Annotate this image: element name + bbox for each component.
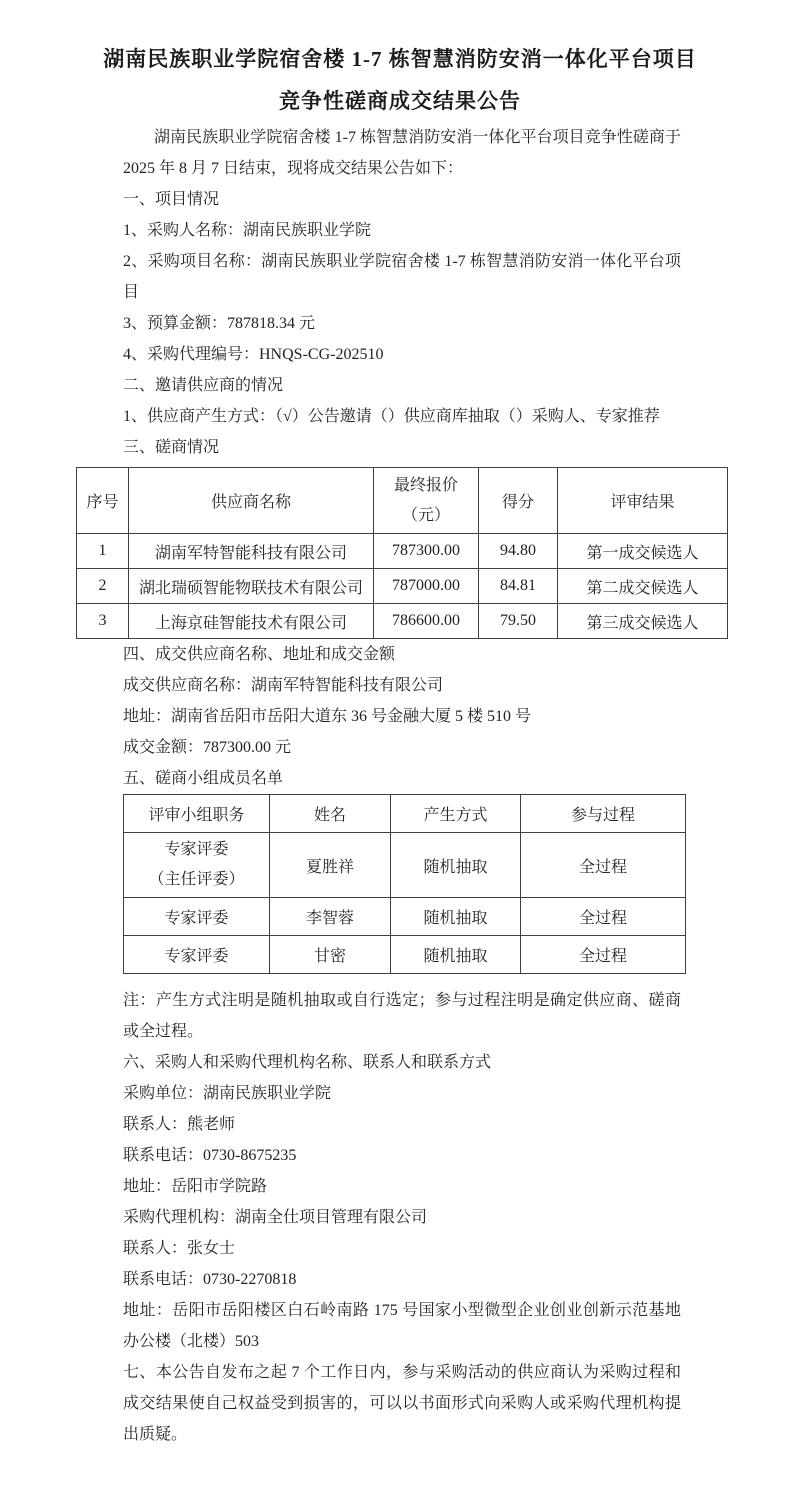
method-cell: 随机抽取	[391, 833, 521, 898]
table-row: 3 上海京硅智能技术有限公司 786600.00 79.50 第三成交候选人	[77, 604, 728, 639]
agency-address-line: 地址：岳阳市岳阳楼区白石岭南路 175 号国家小型微型企业创业创新示范基地办公楼…	[123, 1295, 681, 1357]
t2-header-role: 评审小组职务	[124, 795, 270, 833]
agency-contact-line: 联系人：张女士	[123, 1233, 681, 1264]
purchaser-unit-line: 采购单位：湖南民族职业学院	[123, 1078, 681, 1109]
price-cell: 786600.00	[374, 604, 479, 639]
table-row: 1 湖南军特智能科技有限公司 787300.00 94.80 第一成交候选人	[77, 534, 728, 569]
section-2-heading: 二、邀请供应商的情况	[123, 370, 681, 401]
winner-name-line: 成交供应商名称：湖南军特智能科技有限公司	[123, 670, 681, 701]
name-cell: 甘密	[270, 936, 391, 974]
table-row: 专家评委 李智蓉 随机抽取 全过程	[124, 898, 686, 936]
score-cell: 79.50	[479, 604, 558, 639]
t2-header-name: 姓名	[270, 795, 391, 833]
score-cell: 94.80	[479, 534, 558, 569]
budget-line: 3、预算金额：787818.34 元	[123, 308, 681, 339]
title-line-1: 湖南民族职业学院宿舍楼 1-7 栋智慧消防安消一体化平台项目	[0, 38, 800, 80]
project-name-line: 2、采购项目名称：湖南民族职业学院宿舍楼 1-7 栋智慧消防安消一体化平台项目	[123, 246, 681, 308]
supplier-cell: 湖北瑞硕智能物联技术有限公司	[129, 569, 374, 604]
agency-name-line: 采购代理机构：湖南全仕项目管理有限公司	[123, 1202, 681, 1233]
document-title: 湖南民族职业学院宿舍楼 1-7 栋智慧消防安消一体化平台项目 竞争性磋商成交结果…	[0, 0, 800, 122]
serial-cell: 3	[77, 604, 129, 639]
winner-address-line: 地址：湖南省岳阳市岳阳大道东 36 号金融大厦 5 楼 510 号	[123, 701, 681, 732]
process-cell: 全过程	[521, 833, 686, 898]
section-3-heading: 三、磋商情况	[123, 432, 681, 463]
t2-header-process: 参与过程	[521, 795, 686, 833]
table-header-row: 序号 供应商名称 最终报价 （元） 得分 评审结果	[77, 468, 728, 534]
section-4-heading: 四、成交供应商名称、地址和成交金额	[123, 639, 681, 670]
purchaser-address-line: 地址：岳阳市学院路	[123, 1171, 681, 1202]
section-6-heading: 六、采购人和采购代理机构名称、联系人和联系方式	[123, 1047, 681, 1078]
agency-phone-line: 联系电话：0730-2270818	[123, 1264, 681, 1295]
table-header-row: 评审小组职务 姓名 产生方式 参与过程	[124, 795, 686, 833]
table-row: 专家评委 甘密 随机抽取 全过程	[124, 936, 686, 974]
result-cell: 第一成交候选人	[558, 534, 728, 569]
process-cell: 全过程	[521, 898, 686, 936]
role-cell: 专家评委	[124, 936, 270, 974]
t1-header-price: 最终报价 （元）	[374, 468, 479, 534]
score-cell: 84.81	[479, 569, 558, 604]
method-cell: 随机抽取	[391, 936, 521, 974]
t1-header-serial: 序号	[77, 468, 129, 534]
t1-header-result: 评审结果	[558, 468, 728, 534]
role-cell: 专家评委	[124, 898, 270, 936]
title-line-2: 竞争性磋商成交结果公告	[0, 80, 800, 122]
process-cell: 全过程	[521, 936, 686, 974]
intro-paragraph: 湖南民族职业学院宿舍楼 1-7 栋智慧消防安消一体化平台项目竞争性磋商于 202…	[123, 122, 681, 184]
result-cell: 第三成交候选人	[558, 604, 728, 639]
agency-code-line: 4、采购代理编号：HNQS-CG-202510	[123, 339, 681, 370]
t1-header-score: 得分	[479, 468, 558, 534]
supplier-cell: 湖南军特智能科技有限公司	[129, 534, 374, 569]
purchaser-name-line: 1、采购人名称：湖南民族职业学院	[123, 215, 681, 246]
section-7-paragraph: 七、本公告自发布之起 7 个工作日内，参与采购活动的供应商认为采购过程和成交结果…	[123, 1357, 681, 1450]
deal-amount-line: 成交金额：787300.00 元	[123, 732, 681, 763]
price-cell: 787300.00	[374, 534, 479, 569]
method-cell: 随机抽取	[391, 898, 521, 936]
serial-cell: 2	[77, 569, 129, 604]
price-cell: 787000.00	[374, 569, 479, 604]
purchaser-contact-line: 联系人：熊老师	[123, 1109, 681, 1140]
document-page: 湖南民族职业学院宿舍楼 1-7 栋智慧消防安消一体化平台项目 竞争性磋商成交结果…	[0, 0, 800, 1495]
t2-header-method: 产生方式	[391, 795, 521, 833]
supplier-source-line: 1、供应商产生方式：（√）公告邀请（）供应商库抽取（）采购人、专家推荐	[123, 401, 681, 432]
supplier-cell: 上海京硅智能技术有限公司	[129, 604, 374, 639]
result-cell: 第二成交候选人	[558, 569, 728, 604]
section-5-heading: 五、磋商小组成员名单	[123, 763, 681, 794]
negotiation-results-table: 序号 供应商名称 最终报价 （元） 得分 评审结果 1 湖南军特智能科技有限公司…	[76, 467, 728, 639]
section-1-heading: 一、项目情况	[123, 184, 681, 215]
table-row: 2 湖北瑞硕智能物联技术有限公司 787000.00 84.81 第二成交候选人	[77, 569, 728, 604]
role-cell: 专家评委 （主任评委）	[124, 833, 270, 898]
name-cell: 夏胜祥	[270, 833, 391, 898]
panel-members-table: 评审小组职务 姓名 产生方式 参与过程 专家评委 （主任评委） 夏胜祥 随机抽取…	[123, 794, 686, 974]
t1-header-supplier: 供应商名称	[129, 468, 374, 534]
name-cell: 李智蓉	[270, 898, 391, 936]
serial-cell: 1	[77, 534, 129, 569]
note-paragraph: 注：产生方式注明是随机抽取或自行选定；参与过程注明是确定供应商、磋商或全过程。	[123, 985, 681, 1047]
purchaser-phone-line: 联系电话：0730-8675235	[123, 1140, 681, 1171]
table-row: 专家评委 （主任评委） 夏胜祥 随机抽取 全过程	[124, 833, 686, 898]
